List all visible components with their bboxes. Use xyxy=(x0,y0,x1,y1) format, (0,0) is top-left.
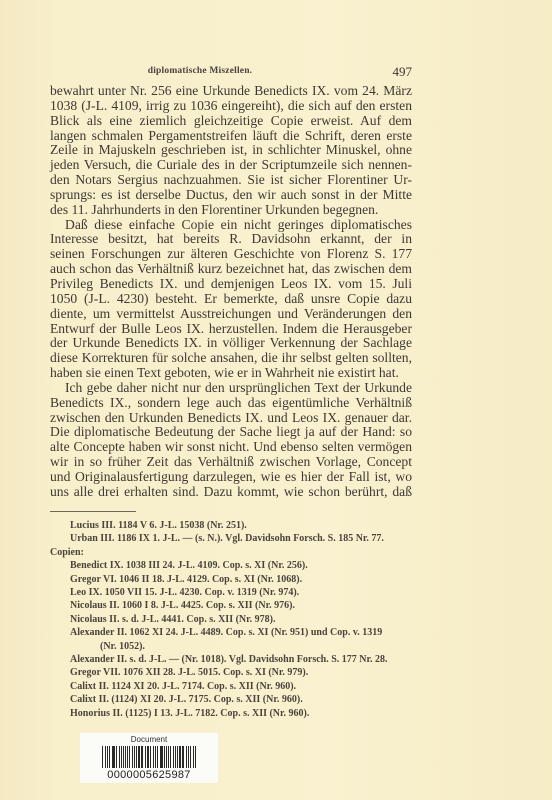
body-line: 1038 (J-L. 4109, irrig zu 1036 eingereih… xyxy=(50,99,412,114)
footnote-line: Nicolaus II. 1060 I 8. J-L. 4425. Cop. s… xyxy=(50,599,412,612)
body-line: diese Korrekturen für solche ansahen, di… xyxy=(50,351,412,366)
barcode-bar xyxy=(119,746,120,768)
body-line: Entwurf der Bulle Leos IX. herzustellen.… xyxy=(50,322,412,337)
barcode-bar xyxy=(164,746,165,768)
barcode-bar xyxy=(105,746,106,768)
body-line: der Urkunde Benedicts IX. in völliger Ve… xyxy=(50,336,412,351)
footnote-line: Leo IX. 1050 VII 15. J-L. 4230. Cop. v. … xyxy=(50,586,412,599)
body-line: Privileg Benedicts IX. und demjenigen Le… xyxy=(50,277,412,292)
barcode-bar xyxy=(113,746,114,768)
barcode-bar xyxy=(161,746,162,768)
footnote-line: Urban III. 1186 IX 1. J-L. — (s. N.). Vg… xyxy=(50,532,412,545)
body-line: Blick als eine ziemlich gleichzeitige Co… xyxy=(50,114,412,129)
barcode-bar xyxy=(168,746,169,768)
barcode-bar xyxy=(173,746,174,768)
footnote-line: Honorius II. (1125) I 13. J-L. 7182. Cop… xyxy=(50,707,412,720)
barcode-number: 0000005625987 xyxy=(80,769,218,781)
barcode-bar xyxy=(112,746,113,768)
barcode-bar xyxy=(107,746,108,768)
barcode-bar xyxy=(125,746,126,768)
body-line: langen schmalen Pergamentstreifen läuft … xyxy=(50,129,412,144)
barcode-label: Document 0000005625987 xyxy=(80,733,218,783)
footnote-line: Gregor VII. 1076 XII 28. J-L. 5015. Cop.… xyxy=(50,666,412,679)
body-text: bewahrt unter Nr. 256 eine Urkunde Bened… xyxy=(50,84,412,500)
scanned-page: diplomatische Miszellen. 497 bewahrt unt… xyxy=(0,0,552,800)
page-header: diplomatische Miszellen. 497 xyxy=(50,64,412,80)
barcode-bar xyxy=(175,746,176,768)
footnote-line: Calixt II. 1124 XI 20. J-L. 7174. Cop. s… xyxy=(50,680,412,693)
barcode-bar xyxy=(195,746,196,768)
barcode-bar xyxy=(186,746,187,768)
barcode-bar xyxy=(116,746,117,768)
barcode-bar xyxy=(142,746,143,768)
barcode-bar xyxy=(132,746,133,768)
body-line: jeden Versuch, die Curiale des in der Sc… xyxy=(50,158,412,173)
barcode-bar xyxy=(145,746,146,768)
barcode-bar xyxy=(170,746,171,768)
body-line: Zeile in Majuskeln geschrieben ist, in s… xyxy=(50,143,412,158)
barcode-icon xyxy=(102,746,196,768)
footnote-line: Lucius III. 1184 V 6. J-L. 15038 (Nr. 25… xyxy=(50,519,412,532)
body-line: auch schon das Verhältniß kurz bezeichne… xyxy=(50,262,412,277)
barcode-caption: Document xyxy=(80,735,218,744)
barcode-bar xyxy=(102,746,103,768)
footnote-divider xyxy=(50,511,136,512)
barcode-bar xyxy=(141,746,142,768)
footnote-line: Alexander II. s. d. J-L. — (Nr. 1018). V… xyxy=(50,653,412,666)
barcode-bar xyxy=(182,746,183,768)
barcode-bar xyxy=(179,746,180,768)
body-line: Daß diese einfache Copie ein nicht gerin… xyxy=(50,218,412,233)
body-line: sprungs: es ist derselbe Ductus, den wir… xyxy=(50,188,412,203)
body-line: uns alle drei erhalten sind. Dazu kommt,… xyxy=(50,485,412,500)
body-line: Benedicts IX., sondern lege auch das eig… xyxy=(50,396,412,411)
barcode-bar xyxy=(153,746,154,768)
body-line: Ich gebe daher nicht nur den ursprünglic… xyxy=(50,381,412,396)
body-line: wir in so früher Zeit das Verhältniß zwi… xyxy=(50,455,412,470)
footnote-heading: Copien: xyxy=(50,546,412,559)
body-line: bewahrt unter Nr. 256 eine Urkunde Bened… xyxy=(50,84,412,99)
barcode-bar xyxy=(147,746,149,768)
body-line: 1050 (J-L. 4230) besteht. Er bemerkte, d… xyxy=(50,292,412,307)
barcode-bar xyxy=(109,746,110,768)
barcode-bar xyxy=(134,746,135,768)
footnote-line: Alexander II. 1062 XI 24. J-L. 4489. Cop… xyxy=(50,626,412,639)
body-line: Interesse besitzt, hat bereits R. Davids… xyxy=(50,232,412,247)
footnote-line: Benedict IX. 1038 III 24. J-L. 4109. Cop… xyxy=(50,559,412,572)
body-line: Die diplomatische Bedeutung der Sache li… xyxy=(50,425,412,440)
body-line: des 11. Jahrhunderts in den Florentiner … xyxy=(50,203,412,218)
barcode-bar xyxy=(129,746,130,768)
body-line: zwischen den Urkunden Benedicts IX. und … xyxy=(50,411,412,426)
footnote-line: Calixt II. (1124) XI 20. J-L. 7175. Cop.… xyxy=(50,693,412,706)
body-line: den Notars Sergius nachzuahmen. Sie ist … xyxy=(50,173,412,188)
barcode-bar xyxy=(136,746,137,768)
barcode-bar xyxy=(177,746,178,768)
footnote-line: (Nr. 1052). xyxy=(50,640,412,653)
barcode-bar xyxy=(123,746,124,768)
body-line: und Originalausfertigung darzulegen, wie… xyxy=(50,470,412,485)
barcode-bar xyxy=(190,746,191,768)
barcode-bar xyxy=(183,746,184,768)
barcode-bar xyxy=(127,746,128,768)
barcode-bar xyxy=(150,746,151,768)
body-line: alte Concepte haben wir sonst nicht. Und… xyxy=(50,440,412,455)
body-line: seinen Forschungen zur älteren Geschicht… xyxy=(50,247,412,262)
body-line: diente, um vermittelst Ausstreichungen u… xyxy=(50,307,412,322)
barcode-bar xyxy=(188,746,189,768)
footnote-line: Nicolaus II. s. d. J-L. 4441. Cop. s. XI… xyxy=(50,613,412,626)
running-title: diplomatische Miszellen. xyxy=(50,66,350,76)
body-line: haben sie einen Text geboten, wie er in … xyxy=(50,366,412,381)
barcode-bar xyxy=(121,746,122,768)
page-number: 497 xyxy=(393,64,413,80)
barcode-bar xyxy=(166,746,167,768)
footnotes: Lucius III. 1184 V 6. J-L. 15038 (Nr. 25… xyxy=(50,519,412,720)
barcode-bar xyxy=(138,746,139,768)
barcode-bar xyxy=(155,746,156,768)
barcode-bar xyxy=(160,746,161,768)
barcode-bar xyxy=(157,746,158,768)
barcode-bar xyxy=(193,746,194,768)
footnote-line: Gregor VI. 1046 II 18. J-L. 4129. Cop. s… xyxy=(50,573,412,586)
